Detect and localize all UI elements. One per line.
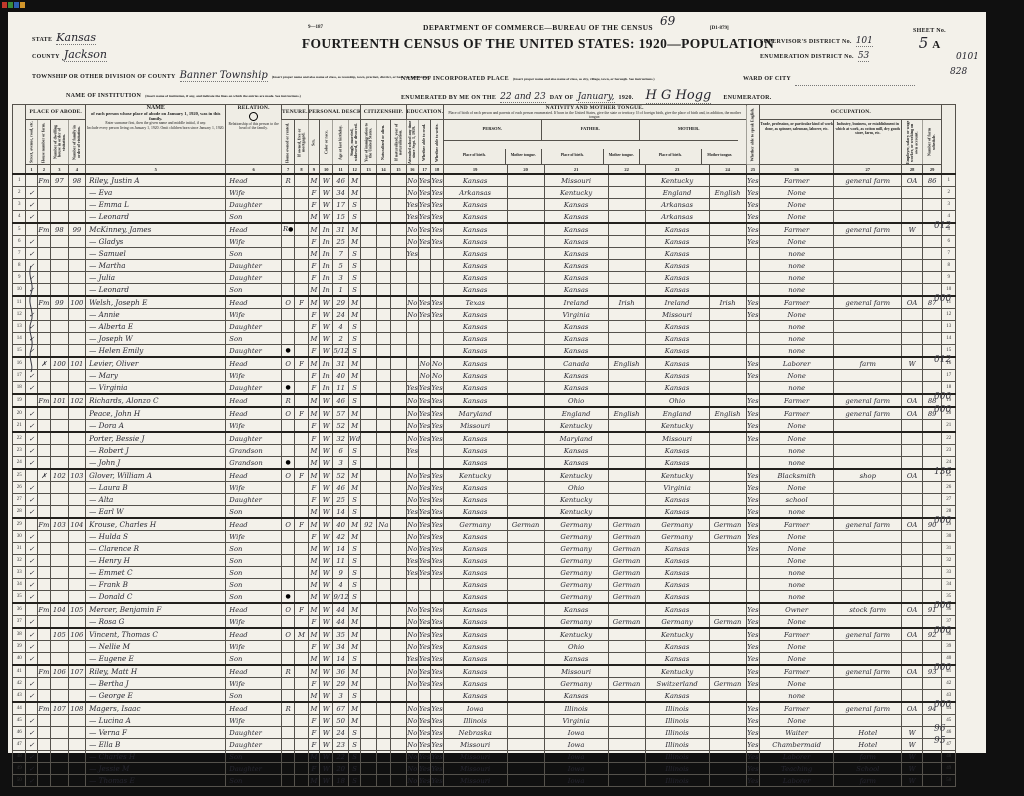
sex: M	[308, 211, 319, 224]
naturalization-year	[391, 445, 406, 457]
mother-birthplace: Ireland	[645, 296, 709, 309]
family-number: 107	[68, 665, 86, 678]
employment-class: W	[902, 357, 923, 370]
line-number: 31	[13, 543, 26, 555]
column-number: 24	[709, 165, 746, 175]
dwelling-number	[51, 345, 69, 358]
house-number-or-farm	[37, 739, 50, 751]
can-read	[418, 248, 430, 260]
mother-birthplace: Missouri	[645, 309, 709, 321]
father-mother-tongue	[608, 333, 645, 345]
attended-school: Yes	[406, 382, 418, 395]
occupation-industry: general farm	[834, 296, 902, 309]
house-number-or-farm: Fm	[37, 518, 50, 531]
mother-mother-tongue	[709, 260, 746, 272]
can-write: Yes	[431, 211, 443, 224]
home-owned-rented	[281, 641, 294, 653]
mother-birthplace: Kansas	[645, 382, 709, 395]
name: — Hulda S	[86, 531, 226, 543]
marital-status: M	[348, 309, 360, 321]
father-birthplace: Kansas	[544, 211, 608, 224]
relation: Head	[226, 603, 282, 616]
mother-birthplace: Illinois	[645, 775, 709, 787]
person-birthplace: Kansas	[443, 199, 507, 211]
owned-free-mortgaged: M	[295, 628, 308, 641]
can-write	[431, 457, 443, 470]
farm-schedule-number	[922, 333, 942, 345]
person-mother-tongue	[507, 775, 544, 787]
state-label: STATE	[32, 37, 52, 43]
person-birthplace: Kansas	[443, 394, 507, 407]
name: — Jessie M	[86, 763, 226, 775]
naturalization-year	[391, 236, 406, 248]
immigration-year: 92	[361, 518, 376, 531]
relation: Wife	[226, 616, 282, 629]
age: 17	[333, 199, 348, 211]
age: 52	[333, 469, 348, 482]
dwelling-number	[51, 579, 69, 591]
incorporated-place-field: NAME OF INCORPORATED PLACE (Insert prope…	[401, 67, 655, 85]
father-birthplace: Kentucky	[544, 187, 608, 199]
family-number	[68, 567, 86, 579]
employment-class	[902, 531, 923, 543]
relation: Daughter	[226, 199, 282, 211]
relation: Wife	[226, 187, 282, 199]
owned-free-mortgaged	[295, 494, 308, 506]
house-number-or-farm: Fm	[37, 665, 50, 678]
mother-mother-tongue	[709, 370, 746, 382]
person-mother-tongue	[507, 494, 544, 506]
person-birthplace: Kansas	[443, 494, 507, 506]
owned-free-mortgaged	[295, 199, 308, 211]
father-mother-tongue	[608, 775, 645, 787]
immigration-year	[361, 690, 376, 703]
line-number: 14	[942, 333, 956, 345]
person-birthplace: Nebraska	[443, 727, 507, 739]
line-number: 29	[13, 518, 26, 531]
header-speaks-english: Whether able to speak English.	[746, 105, 759, 165]
line-number: 37	[13, 616, 26, 629]
naturalized	[376, 457, 390, 470]
employment-class	[902, 616, 923, 629]
color-race: W	[320, 432, 333, 445]
occupation-industry: stock farm	[834, 603, 902, 616]
dwelling-number: 100	[51, 357, 69, 370]
can-read: Yes	[418, 223, 430, 236]
line-number: 7	[13, 248, 26, 260]
home-owned-rented	[281, 420, 294, 433]
attended-school: Yes	[406, 248, 418, 260]
speaks-english: Yes	[746, 531, 759, 543]
relation: Wife	[226, 482, 282, 494]
name: — Charles H	[86, 751, 226, 763]
line-number: 12	[942, 309, 956, 321]
line-number: 22	[13, 432, 26, 445]
owned-free-mortgaged	[295, 394, 308, 407]
census-row: 2✓— EvaWifeFW34MNoYesYesArkansasKentucky…	[13, 187, 956, 199]
naturalized	[376, 531, 390, 543]
marital-status: S	[348, 763, 360, 775]
relation: Grandson	[226, 445, 282, 457]
mother-mother-tongue	[709, 445, 746, 457]
mother-mother-tongue	[709, 603, 746, 616]
employment-class	[902, 199, 923, 211]
house-number-or-farm: Fm	[37, 223, 50, 236]
line-number: 35	[13, 591, 26, 604]
immigration-year	[361, 775, 376, 787]
family-number	[68, 653, 86, 666]
father-birthplace: Ohio	[544, 641, 608, 653]
person-mother-tongue	[507, 739, 544, 751]
age: 34	[333, 641, 348, 653]
mother-mother-tongue	[709, 211, 746, 224]
mother-birthplace: Virginia	[645, 482, 709, 494]
home-owned-rented	[281, 236, 294, 248]
mother-birthplace: Illinois	[645, 751, 709, 763]
relation: Son	[226, 333, 282, 345]
sex: M	[308, 248, 319, 260]
immigration-year	[361, 199, 376, 211]
can-write: Yes	[431, 518, 443, 531]
sex: M	[308, 469, 319, 482]
immigration-year	[361, 211, 376, 224]
dwelling-number: 97	[51, 174, 69, 187]
person-birthplace: Kansas	[443, 370, 507, 382]
color-race: W	[320, 591, 333, 604]
owned-free-mortgaged	[295, 616, 308, 629]
day-of-label: DAY OF	[550, 95, 574, 101]
house-number-or-farm: ✗	[37, 469, 50, 482]
speaks-english: Yes	[746, 420, 759, 433]
attended-school: No	[406, 775, 418, 787]
person-birthplace: Kansas	[443, 345, 507, 358]
mother-mother-tongue	[709, 506, 746, 519]
speaks-english: Yes	[746, 223, 759, 236]
color-race: W	[320, 445, 333, 457]
house-number-or-farm	[37, 199, 50, 211]
column-number: 27	[834, 165, 902, 175]
speaks-english	[746, 591, 759, 604]
dwelling-number	[51, 187, 69, 199]
owned-free-mortgaged	[295, 678, 308, 690]
line-number: 3	[13, 199, 26, 211]
dwelling-number	[51, 407, 69, 420]
mother-birthplace: Kansas	[645, 260, 709, 272]
attended-school	[406, 333, 418, 345]
column-number: 3	[51, 165, 69, 175]
can-read	[418, 321, 430, 333]
family-number	[68, 543, 86, 555]
occupation-trade: Chambermaid	[760, 739, 834, 751]
header-color-race: Color or race.	[320, 120, 333, 165]
census-sheet: STATE Kansas COUNTY Jackson TOWNSHIP OR …	[8, 12, 986, 753]
age: 31	[333, 223, 348, 236]
marital-status: S	[348, 248, 360, 260]
attended-school: No	[406, 727, 418, 739]
sex: F	[308, 727, 319, 739]
color-race: W	[320, 469, 333, 482]
mother-birthplace: Kansas	[645, 603, 709, 616]
marital-status: M	[348, 370, 360, 382]
father-mother-tongue	[608, 345, 645, 358]
occupation-trade: none	[760, 506, 834, 519]
occupation-industry	[834, 199, 902, 211]
naturalized	[376, 236, 390, 248]
ward-field: WARD OF CITY	[743, 67, 915, 86]
relation: Son	[226, 211, 282, 224]
attended-school: No	[406, 407, 418, 420]
age: 29	[333, 296, 348, 309]
column-number: 16	[406, 165, 418, 175]
column-headers: PLACE OF ABODE. NAME of each person whos…	[13, 105, 956, 175]
header-tenure: TENURE.	[281, 105, 308, 120]
occupation-industry	[834, 616, 902, 629]
can-write: Yes	[431, 432, 443, 445]
father-birthplace: Kansas	[544, 445, 608, 457]
person-birthplace: Kansas	[443, 543, 507, 555]
naturalized	[376, 715, 390, 727]
house-number-or-farm	[37, 309, 50, 321]
marital-status: M	[348, 531, 360, 543]
color-race: W	[320, 211, 333, 224]
employment-class	[902, 591, 923, 604]
header-place-of-birth: Place of birth.	[444, 149, 506, 165]
mother-mother-tongue	[709, 236, 746, 248]
occupation-industry	[834, 370, 902, 382]
marital-status: S	[348, 284, 360, 297]
mother-birthplace: Kentucky	[645, 665, 709, 678]
line-number: 6	[942, 236, 956, 248]
age: 5/12	[333, 345, 348, 358]
can-write	[431, 591, 443, 604]
mother-birthplace: England	[645, 407, 709, 420]
attended-school: No	[406, 715, 418, 727]
can-write	[431, 260, 443, 272]
owned-free-mortgaged	[295, 284, 308, 297]
line-number: 48	[13, 751, 26, 763]
person-birthplace: Texas	[443, 296, 507, 309]
immigration-year	[361, 445, 376, 457]
family-number	[68, 506, 86, 519]
immigration-year	[361, 236, 376, 248]
can-write: Yes	[431, 236, 443, 248]
age: 20	[333, 763, 348, 775]
header-name: NAME of each person whose place of abode…	[86, 105, 226, 165]
sex: M	[308, 591, 319, 604]
father-birthplace: Missouri	[544, 174, 608, 187]
family-number: 98	[68, 174, 86, 187]
occupation-trade: None	[760, 211, 834, 224]
employment-class	[902, 333, 923, 345]
age: 46	[333, 394, 348, 407]
sex: F	[308, 309, 319, 321]
street	[26, 702, 37, 715]
home-owned-rented	[281, 739, 294, 751]
naturalization-year	[391, 309, 406, 321]
census-row: 26✓— Laura BWifeFW46MNoYesYesKansasOhioV…	[13, 482, 956, 494]
can-read: Yes	[418, 641, 430, 653]
line-number: 39	[13, 641, 26, 653]
name: — Emmet C	[86, 567, 226, 579]
sex: F	[308, 678, 319, 690]
family-number	[68, 407, 86, 420]
line-number: 27	[13, 494, 26, 506]
marital-status: M	[348, 223, 360, 236]
mother-birthplace: Arkansas	[645, 211, 709, 224]
line-number: 39	[942, 641, 956, 653]
can-write: Yes	[431, 174, 443, 187]
father-birthplace: Ohio	[544, 482, 608, 494]
dwelling-number	[51, 641, 69, 653]
dwelling-number	[51, 739, 69, 751]
can-write	[431, 272, 443, 284]
name: — Dora A	[86, 420, 226, 433]
owned-free-mortgaged	[295, 211, 308, 224]
header-mother-tongue: Mother tongue.	[702, 149, 738, 165]
name: — Earl W	[86, 506, 226, 519]
relation: Head	[226, 174, 282, 187]
father-birthplace: Kentucky	[544, 420, 608, 433]
employment-class: OA	[902, 174, 923, 187]
immigration-year	[361, 603, 376, 616]
person-birthplace: Kansas	[443, 174, 507, 187]
sex: M	[308, 518, 319, 531]
line-number: 21	[942, 420, 956, 433]
street: ✓	[26, 506, 37, 519]
relation: Head	[226, 665, 282, 678]
person-mother-tongue: German	[507, 518, 544, 531]
mother-mother-tongue	[709, 420, 746, 433]
father-mother-tongue	[608, 382, 645, 395]
can-write: Yes	[431, 482, 443, 494]
line-number: 13	[13, 321, 26, 333]
person-mother-tongue	[507, 579, 544, 591]
line-number: 2	[13, 187, 26, 199]
employment-class	[902, 653, 923, 666]
occupation-industry: Hotel	[834, 727, 902, 739]
relation-title: RELATION.	[226, 105, 281, 111]
speaks-english: Yes	[746, 603, 759, 616]
house-number-or-farm	[37, 187, 50, 199]
occupation-industry	[834, 506, 902, 519]
sex: F	[308, 420, 319, 433]
speaks-english: Yes	[746, 432, 759, 445]
person-birthplace: Kansas	[443, 567, 507, 579]
naturalized	[376, 211, 390, 224]
mother-birthplace: Kansas	[645, 494, 709, 506]
can-read: Yes	[418, 531, 430, 543]
occupation-industry	[834, 420, 902, 433]
person-birthplace: Missouri	[443, 420, 507, 433]
sex: M	[308, 357, 319, 370]
speaks-english	[746, 567, 759, 579]
speaks-english	[746, 333, 759, 345]
farm-schedule-number	[922, 370, 942, 382]
street: ✓	[26, 445, 37, 457]
street	[26, 174, 37, 187]
home-owned-rented	[281, 751, 294, 763]
column-number: 10	[320, 165, 333, 175]
name-desc: of each person whose place of abode on J…	[86, 112, 225, 122]
mother-mother-tongue	[709, 223, 746, 236]
census-row: 42✓— Bertha JWifeFW29MNoYesYesKansasGerm…	[13, 678, 956, 690]
marital-status: Wd	[348, 432, 360, 445]
mother-birthplace: Kansas	[645, 579, 709, 591]
owned-free-mortgaged	[295, 445, 308, 457]
can-write	[431, 248, 443, 260]
dwelling-number: 106	[51, 665, 69, 678]
family-number: 100	[68, 296, 86, 309]
owned-free-mortgaged	[295, 370, 308, 382]
relation: Son	[226, 751, 282, 763]
owned-free-mortgaged: F	[295, 603, 308, 616]
occupation-trade: school	[760, 494, 834, 506]
family-number	[68, 370, 86, 382]
mother-birthplace: Illinois	[645, 739, 709, 751]
census-row: 44Fm107108Magers, IsaacHeadRMW67MNoYesYe…	[13, 702, 956, 715]
relation: Son	[226, 284, 282, 297]
mother-birthplace: Kansas	[645, 321, 709, 333]
street: ✓	[26, 382, 37, 395]
mother-birthplace: Kansas	[645, 357, 709, 370]
occupation-trade: None	[760, 641, 834, 653]
occupation-trade: None	[760, 653, 834, 666]
speaks-english: Yes	[746, 628, 759, 641]
naturalized	[376, 555, 390, 567]
owned-free-mortgaged	[295, 641, 308, 653]
line-number: 31	[942, 543, 956, 555]
column-number: 21	[544, 165, 608, 175]
color-race: In	[320, 382, 333, 395]
census-row: 1Fm9798Riley, Justin AHeadRMW46MNoYesYes…	[13, 174, 956, 187]
house-number-or-farm	[37, 690, 50, 703]
house-number-or-farm	[37, 543, 50, 555]
sheet-letter: A	[932, 39, 940, 51]
can-read: Yes	[418, 603, 430, 616]
census-row: 20✓Peace, John HHeadOFMW57MNoYesYesMaryl…	[13, 407, 956, 420]
naturalized	[376, 739, 390, 751]
column-number: 13	[361, 165, 376, 175]
house-number-or-farm	[37, 248, 50, 260]
mother-birthplace: Germany	[645, 531, 709, 543]
father-mother-tongue	[608, 260, 645, 272]
naturalization-year	[391, 653, 406, 666]
immigration-year	[361, 260, 376, 272]
home-owned-rented: O	[281, 407, 294, 420]
sex: F	[308, 739, 319, 751]
person-birthplace: Missouri	[443, 775, 507, 787]
owned-free-mortgaged	[295, 321, 308, 333]
census-row: 3✓— Emma LDaughterFW17SYesYesYesKansasKa…	[13, 199, 956, 211]
street: ✓	[26, 751, 37, 763]
naturalized	[376, 482, 390, 494]
home-owned-rented	[281, 432, 294, 445]
owned-free-mortgaged	[295, 653, 308, 666]
farm-schedule-number	[922, 309, 942, 321]
person-birthplace: Kansas	[443, 603, 507, 616]
occupation-trade: none	[760, 284, 834, 297]
speaks-english	[746, 321, 759, 333]
house-number-or-farm	[37, 616, 50, 629]
occupation-industry: general farm	[834, 628, 902, 641]
month-value: January,	[578, 92, 615, 103]
header-naturalization-year: If naturalized, year of naturalization.	[391, 120, 406, 165]
name: Richards, Alonzo C	[86, 394, 226, 407]
speaks-english: Yes	[746, 236, 759, 248]
street	[26, 603, 37, 616]
immigration-year	[361, 763, 376, 775]
relation: Wife	[226, 236, 282, 248]
